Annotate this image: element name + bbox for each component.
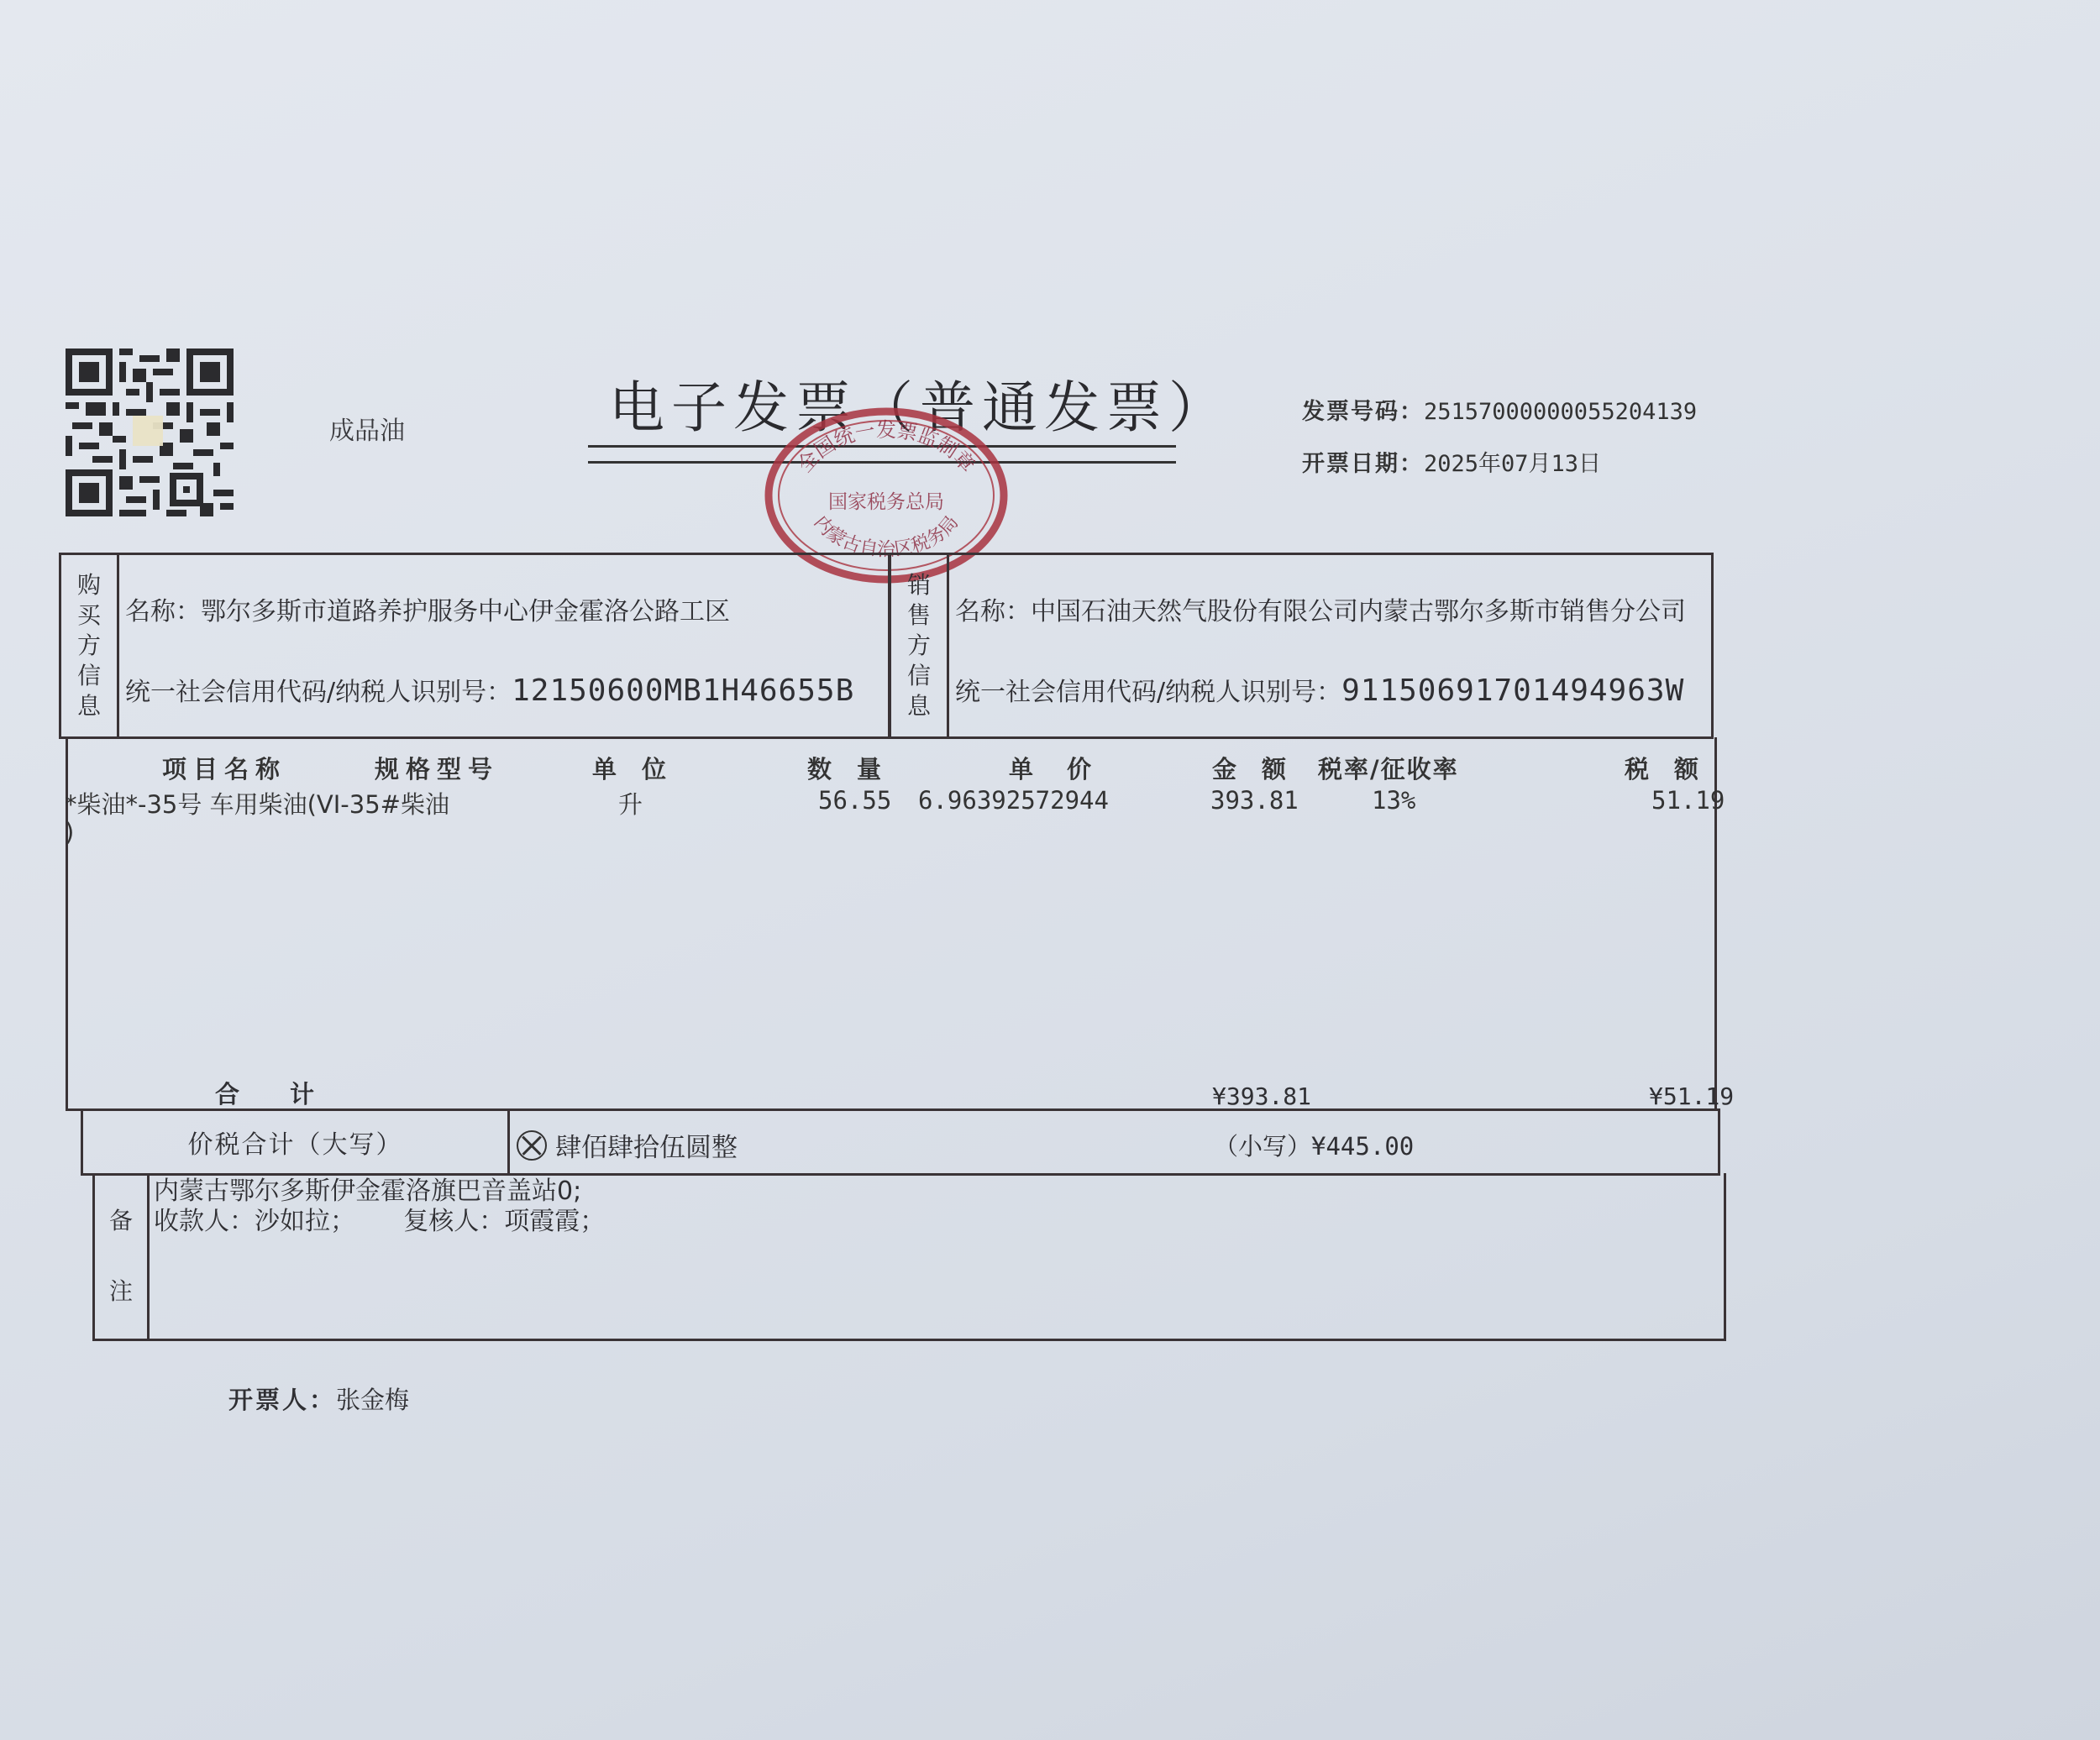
circled-x-icon (517, 1130, 547, 1161)
invoice-number: 发票号码：25157000000055204139 (1302, 393, 1697, 426)
seller-tax-id-value: 91150691701494963W (1341, 673, 1684, 708)
header-tax: 税额 (1625, 751, 1724, 785)
seller-tax-id: 统一社会信用代码/纳税人识别号：91150691701494963W (955, 671, 1684, 708)
remarks-line-2: 收款人：沙如拉； 复核人：项霞霞； (154, 1207, 605, 1237)
seller-info-section: 销 售 方 信 息 名称：中国石油天然气股份有限公司内蒙古鄂尔多斯市销售分公司 … (889, 553, 1714, 739)
header-amount: 金额 (1212, 751, 1311, 785)
seal-middle-text: 国家税务总局 (828, 491, 944, 513)
seller-name: 名称：中国石油天然气股份有限公司内蒙古鄂尔多斯市销售分公司 (955, 590, 1686, 627)
grand-total-uppercase: 肆佰肆拾伍圆整 (517, 1126, 738, 1164)
qr-code-icon (66, 349, 234, 516)
remarks-section: 备 注 内蒙古鄂尔多斯伊金霍洛旗巴音盖站0;收款人：沙如拉； 复核人：项霞霞； (92, 1173, 1726, 1341)
grand-total-row: 价税合计（大写） 肆佰肆拾伍圆整 （小写）¥445.00 (81, 1108, 1720, 1176)
issue-date-label: 开票日期： (1302, 451, 1424, 477)
item-name-continued: ) (65, 818, 74, 846)
grand-total-lowercase-value: ¥445.00 (1311, 1132, 1414, 1161)
item-unit-price: 6.96392572944 (918, 786, 1109, 815)
header-quantity: 数量 (807, 751, 906, 785)
grand-total-label: 价税合计（大写） (83, 1111, 510, 1173)
grand-total-lowercase: （小写）¥445.00 (1214, 1128, 1414, 1162)
issuer: 开票人：张金梅 (228, 1381, 409, 1416)
header-item-name: 项目名称 (162, 751, 286, 785)
header-unit-price: 单价 (1009, 751, 1125, 785)
remarks-section-label: 备 注 (95, 1173, 150, 1339)
seller-name-value: 中国石油天然气股份有限公司内蒙古鄂尔多斯市销售分公司 (1031, 597, 1686, 626)
invoice-number-label: 发票号码： (1302, 399, 1424, 425)
item-tax: 51.19 (1651, 786, 1725, 815)
total-amount: ¥393.81 (1212, 1082, 1311, 1110)
issue-date-value: 2025年07月13日 (1424, 451, 1601, 477)
buyer-name: 名称：鄂尔多斯市道路养护服务中心伊金霍洛公路工区 (125, 590, 730, 627)
buyer-tax-id-value: 12150600MB1H46655B (512, 673, 854, 708)
total-tax: ¥51.19 (1649, 1082, 1734, 1110)
item-amount: 393.81 (1210, 786, 1299, 815)
buyer-section-label: 购 买 方 信 息 (61, 555, 119, 736)
buyer-info-section: 购 买 方 信 息 名称：鄂尔多斯市道路养护服务中心伊金霍洛公路工区 统一社会信… (59, 553, 890, 739)
remarks-text: 内蒙古鄂尔多斯伊金霍洛旗巴音盖站0;收款人：沙如拉； 复核人：项霞霞； (154, 1177, 605, 1237)
header-unit: 单位 (592, 751, 691, 785)
header-tax-rate: 税率/征收率 (1318, 751, 1459, 785)
issuer-label: 开票人： (228, 1386, 336, 1414)
invoice-number-value: 25157000000055204139 (1424, 399, 1697, 425)
item-name: *柴油*-35号 车用柴油(VI-35#柴油 (65, 786, 449, 820)
item-quantity: 56.55 (818, 786, 891, 815)
total-label: 合计 (215, 1076, 365, 1110)
document-category: 成品油 (329, 410, 405, 447)
item-unit: 升 (618, 786, 643, 820)
buyer-tax-id: 统一社会信用代码/纳税人识别号：12150600MB1H46655B (125, 671, 854, 708)
items-table: 项目名称 规格型号 单位 数量 单价 金额 税率/征收率 税额 *柴油*-35号… (66, 737, 1717, 1111)
seller-section-label: 销 售 方 信 息 (891, 555, 949, 736)
grand-total-uppercase-value: 肆佰肆拾伍圆整 (555, 1126, 738, 1164)
issuer-name: 张金梅 (336, 1386, 409, 1414)
buyer-name-value: 鄂尔多斯市道路养护服务中心伊金霍洛公路工区 (201, 597, 730, 626)
issue-date: 开票日期：2025年07月13日 (1302, 445, 1601, 478)
header-spec: 规格型号 (375, 751, 499, 785)
remarks-line-1: 内蒙古鄂尔多斯伊金霍洛旗巴音盖站0; (154, 1177, 605, 1207)
item-tax-rate: 13% (1372, 786, 1415, 815)
